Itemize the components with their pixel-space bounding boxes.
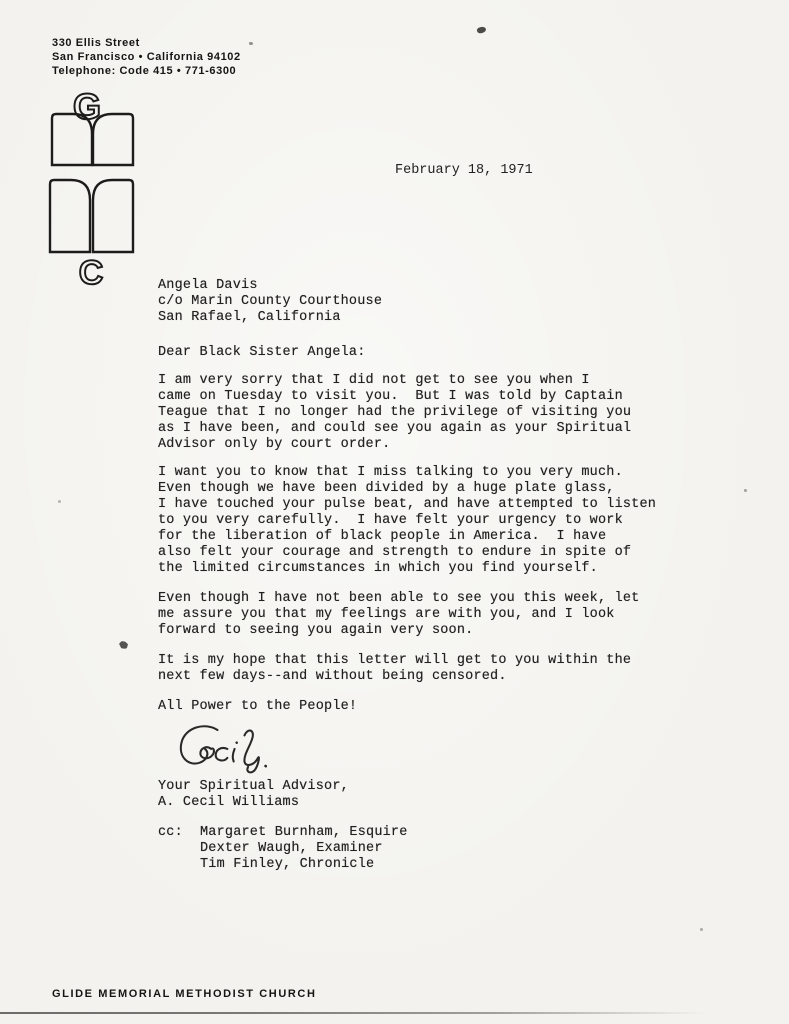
book-bottom-right: [93, 180, 133, 252]
cc-label: cc:: [158, 825, 200, 873]
glide-logo: G C: [44, 86, 144, 291]
letter-page: 330 Ellis Street San Francisco • Califor…: [0, 0, 789, 1024]
ink-speck: [476, 26, 486, 34]
cc-entry: Margaret Burnham, Esquire: [200, 825, 408, 841]
book-bottom-left: [50, 180, 90, 252]
glide-logo-graphic: G C: [44, 86, 144, 286]
closing-block: Your Spiritual Advisor, A. Cecil William…: [158, 779, 668, 811]
body-paragraph-3: Even though I have not been able to see …: [158, 591, 668, 639]
cc-block: cc: Margaret Burnham, Esquire Dexter Wau…: [158, 825, 668, 873]
ink-speck: [58, 500, 61, 503]
body-paragraph-2: I want you to know that I miss talking t…: [158, 465, 668, 577]
ink-speck: [119, 641, 128, 649]
letterhead-address: 330 Ellis Street San Francisco • Califor…: [52, 36, 241, 78]
signature-cecil: [166, 721, 668, 775]
scan-artifact-line: [0, 1012, 705, 1014]
recipient-address: Angela Davis c/o Marin County Courthouse…: [158, 278, 668, 326]
cc-entry: Dexter Waugh, Examiner: [200, 841, 408, 857]
letter-content: Angela Davis c/o Marin County Courthouse…: [158, 278, 668, 873]
date-line: February 18, 1971: [395, 163, 533, 179]
body-paragraph-1: I am very sorry that I did not get to se…: [158, 373, 668, 453]
ink-speck: [744, 489, 747, 492]
cc-entry: Tim Finley, Chronicle: [200, 857, 408, 873]
ink-speck: [249, 42, 253, 45]
logo-letter-c: C: [79, 254, 104, 286]
signature-graphic: [166, 721, 296, 775]
cc-entries: Margaret Burnham, Esquire Dexter Waugh, …: [200, 825, 408, 873]
body-paragraph-4: It is my hope that this letter will get …: [158, 653, 668, 685]
ink-speck: [700, 928, 703, 931]
slogan-line: All Power to the People!: [158, 699, 668, 715]
footer-organization: GLIDE MEMORIAL METHODIST CHURCH: [52, 988, 317, 1000]
salutation: Dear Black Sister Angela:: [158, 345, 668, 361]
